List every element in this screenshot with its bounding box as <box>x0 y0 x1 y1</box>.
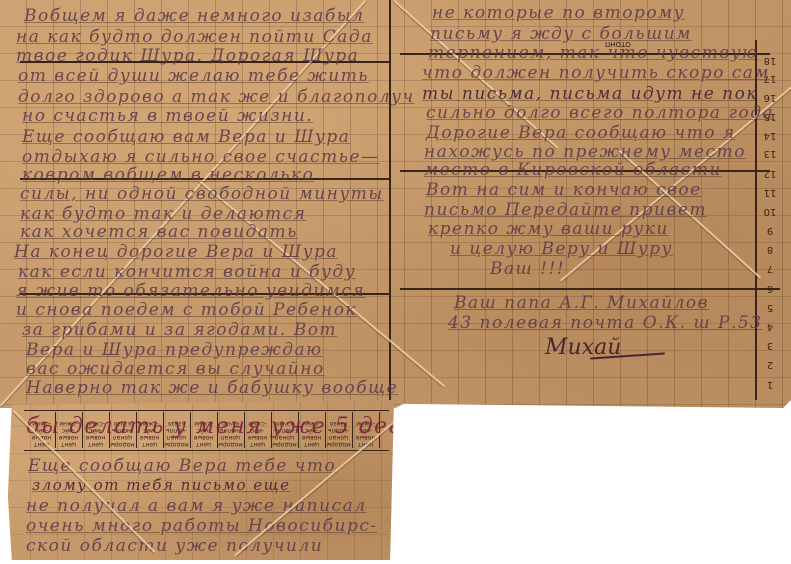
handwritten-line: силы, ни одной свободной минуты <box>20 184 384 204</box>
handwritten-line: и целую Веру и Шуру <box>450 239 673 259</box>
handwritten-line: но счастья в твоей жизни. <box>22 106 313 126</box>
margin-number: 13 <box>757 148 783 159</box>
margin-number: 17 <box>757 73 783 84</box>
handwritten-line: ты письма, письма идут не пок <box>422 84 758 104</box>
handwritten-line: долго здорово а так же и благополуч <box>18 87 415 107</box>
center-rule <box>389 0 391 408</box>
handwritten-line: Вера и Шура предупреждаю <box>26 340 323 360</box>
margin-number: 11 <box>757 187 783 198</box>
handwritten-line: что должен получить скоро сам <box>422 63 770 83</box>
table-header-top <box>24 410 389 411</box>
margin-number: 18 <box>757 55 783 66</box>
handwritten-line: за грибами и за ягодами. Вот <box>22 320 337 340</box>
handwritten-line: твое годик Шура. Дорогая Шура <box>16 46 359 66</box>
handwritten-line: письму я жду с большим <box>430 24 692 44</box>
handwritten-line: отдыхаю я сильно свое счастье— <box>22 147 379 167</box>
handwritten-line: вас ожидается вы случайно <box>26 359 325 379</box>
handwritten-line: Вот на сим и кончаю свое <box>426 180 702 200</box>
handwritten-line: не которые по второму <box>432 3 685 23</box>
handwritten-line: письмо Передайте привет <box>424 200 707 220</box>
handwritten-line: Вобщем я даже немного изабыл <box>24 6 364 26</box>
red-ink-overwrite: бы делать у меня уже 5 девочки <box>26 414 463 439</box>
margin-number: 6 <box>757 283 783 294</box>
handwritten-line: злому от тебя письмо еще <box>32 476 291 494</box>
margin-number: 16 <box>757 92 783 103</box>
handwritten-line: как будто так и делаются <box>20 204 306 224</box>
margin-number: 12 <box>757 168 783 179</box>
margin-number: 7 <box>757 263 783 274</box>
margin-number: 3 <box>757 340 783 351</box>
handwritten-line: очень много работы Новосибирс- <box>26 516 378 536</box>
handwritten-line: ской области уже получили <box>26 536 323 556</box>
handwritten-line: я жив то обязательно увидимся <box>16 281 365 301</box>
handwritten-line: ковром вобщем в несколько <box>22 165 314 185</box>
handwritten-line: как хочется вас повидать <box>20 222 298 242</box>
handwritten-line: сильно долго всего полтора года <box>426 103 774 123</box>
handwritten-line: место в Кировской области <box>424 160 722 180</box>
margin-number: 1 <box>757 379 783 390</box>
margin-number: 15 <box>757 111 783 122</box>
handwritten-line: крепко жму ваши руки <box>428 219 669 239</box>
margin-number: 10 <box>757 206 783 217</box>
sender-name: Ваш папа А.Г. Михайлов <box>454 293 709 313</box>
handwritten-line: и снова поедем с тобой Ребенок <box>16 300 357 320</box>
handwritten-line: от всей души желаю тебе жить <box>18 66 369 86</box>
letter-flap: цент новые -ийс -сжни цент новые -ийс -с… <box>4 400 394 560</box>
handwritten-line: терпением, так что чувствую <box>428 43 759 63</box>
margin-number: 14 <box>757 130 783 141</box>
handwritten-line: Ваш !!! <box>490 259 565 279</box>
heavy-rule <box>400 288 780 290</box>
sender-address: 43 полевая почта О.К. ш Р.53 <box>448 313 763 333</box>
letter-sheet: Вобщем я даже немного изабыл на как будт… <box>0 0 791 408</box>
handwritten-line: на как будто должен пойти Сада <box>16 27 373 47</box>
margin-number: 2 <box>757 359 783 370</box>
margin-line-numbers: 18 17 16 15 14 13 12 11 10 9 8 7 6 5 4 3… <box>757 55 783 400</box>
handwritten-line: нахожусь по прежнему место <box>424 142 746 162</box>
margin-number: 8 <box>757 244 783 255</box>
margin-number: 4 <box>757 321 783 332</box>
printed-mark: ОТОНП <box>605 40 631 48</box>
handwritten-line: На конец дорогие Вера и Шура <box>14 242 338 262</box>
margin-number: 9 <box>757 225 783 236</box>
handwritten-line: Еще сообщаю вам Вера и Шура <box>22 127 350 147</box>
table-header-bottom <box>24 450 389 451</box>
margin-number: 5 <box>757 302 783 313</box>
handwritten-line: Наверно так же и бабушку вообще <box>26 378 398 398</box>
handwritten-line: Дорогие Вера сообщаю что я <box>426 123 736 143</box>
handwritten-line: не получал а вам я уже написал <box>26 496 367 516</box>
handwritten-line: как если кончится война и буду <box>18 262 356 282</box>
